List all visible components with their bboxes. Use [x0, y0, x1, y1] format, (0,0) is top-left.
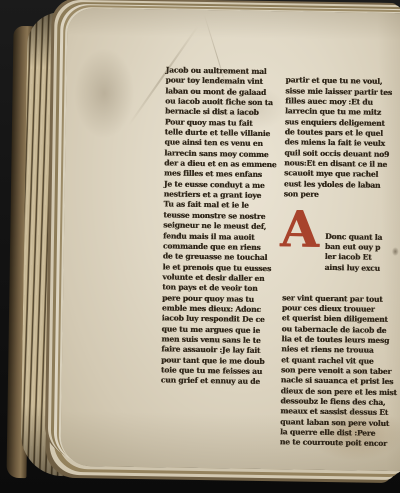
page-leaf: Jacob ou aultrement mal pour toy lendema…	[60, 8, 400, 471]
book-photograph: Jacob ou aultrement mal pour toy lendema…	[0, 0, 400, 493]
rubricated-drop-cap-initial: A	[280, 207, 319, 252]
paragraph-block: ser vint querant par tout pour ces dieux…	[280, 293, 400, 450]
paragraph-block: partir et que tu ne voul, sisse mie lais…	[284, 76, 400, 202]
wrapped-lines: Donc quant la ban eut ouy p ler iacob Et…	[324, 231, 400, 274]
text-column-left: Jacob ou aultrement mal pour toy lendema…	[161, 65, 290, 388]
text-column-right: partir et que tu ne voul, sisse mie lais…	[280, 65, 400, 460]
page-stain	[74, 48, 135, 139]
illuminated-paragraph: A Donc quant la ban eut ouy p ler iacob …	[282, 210, 400, 284]
